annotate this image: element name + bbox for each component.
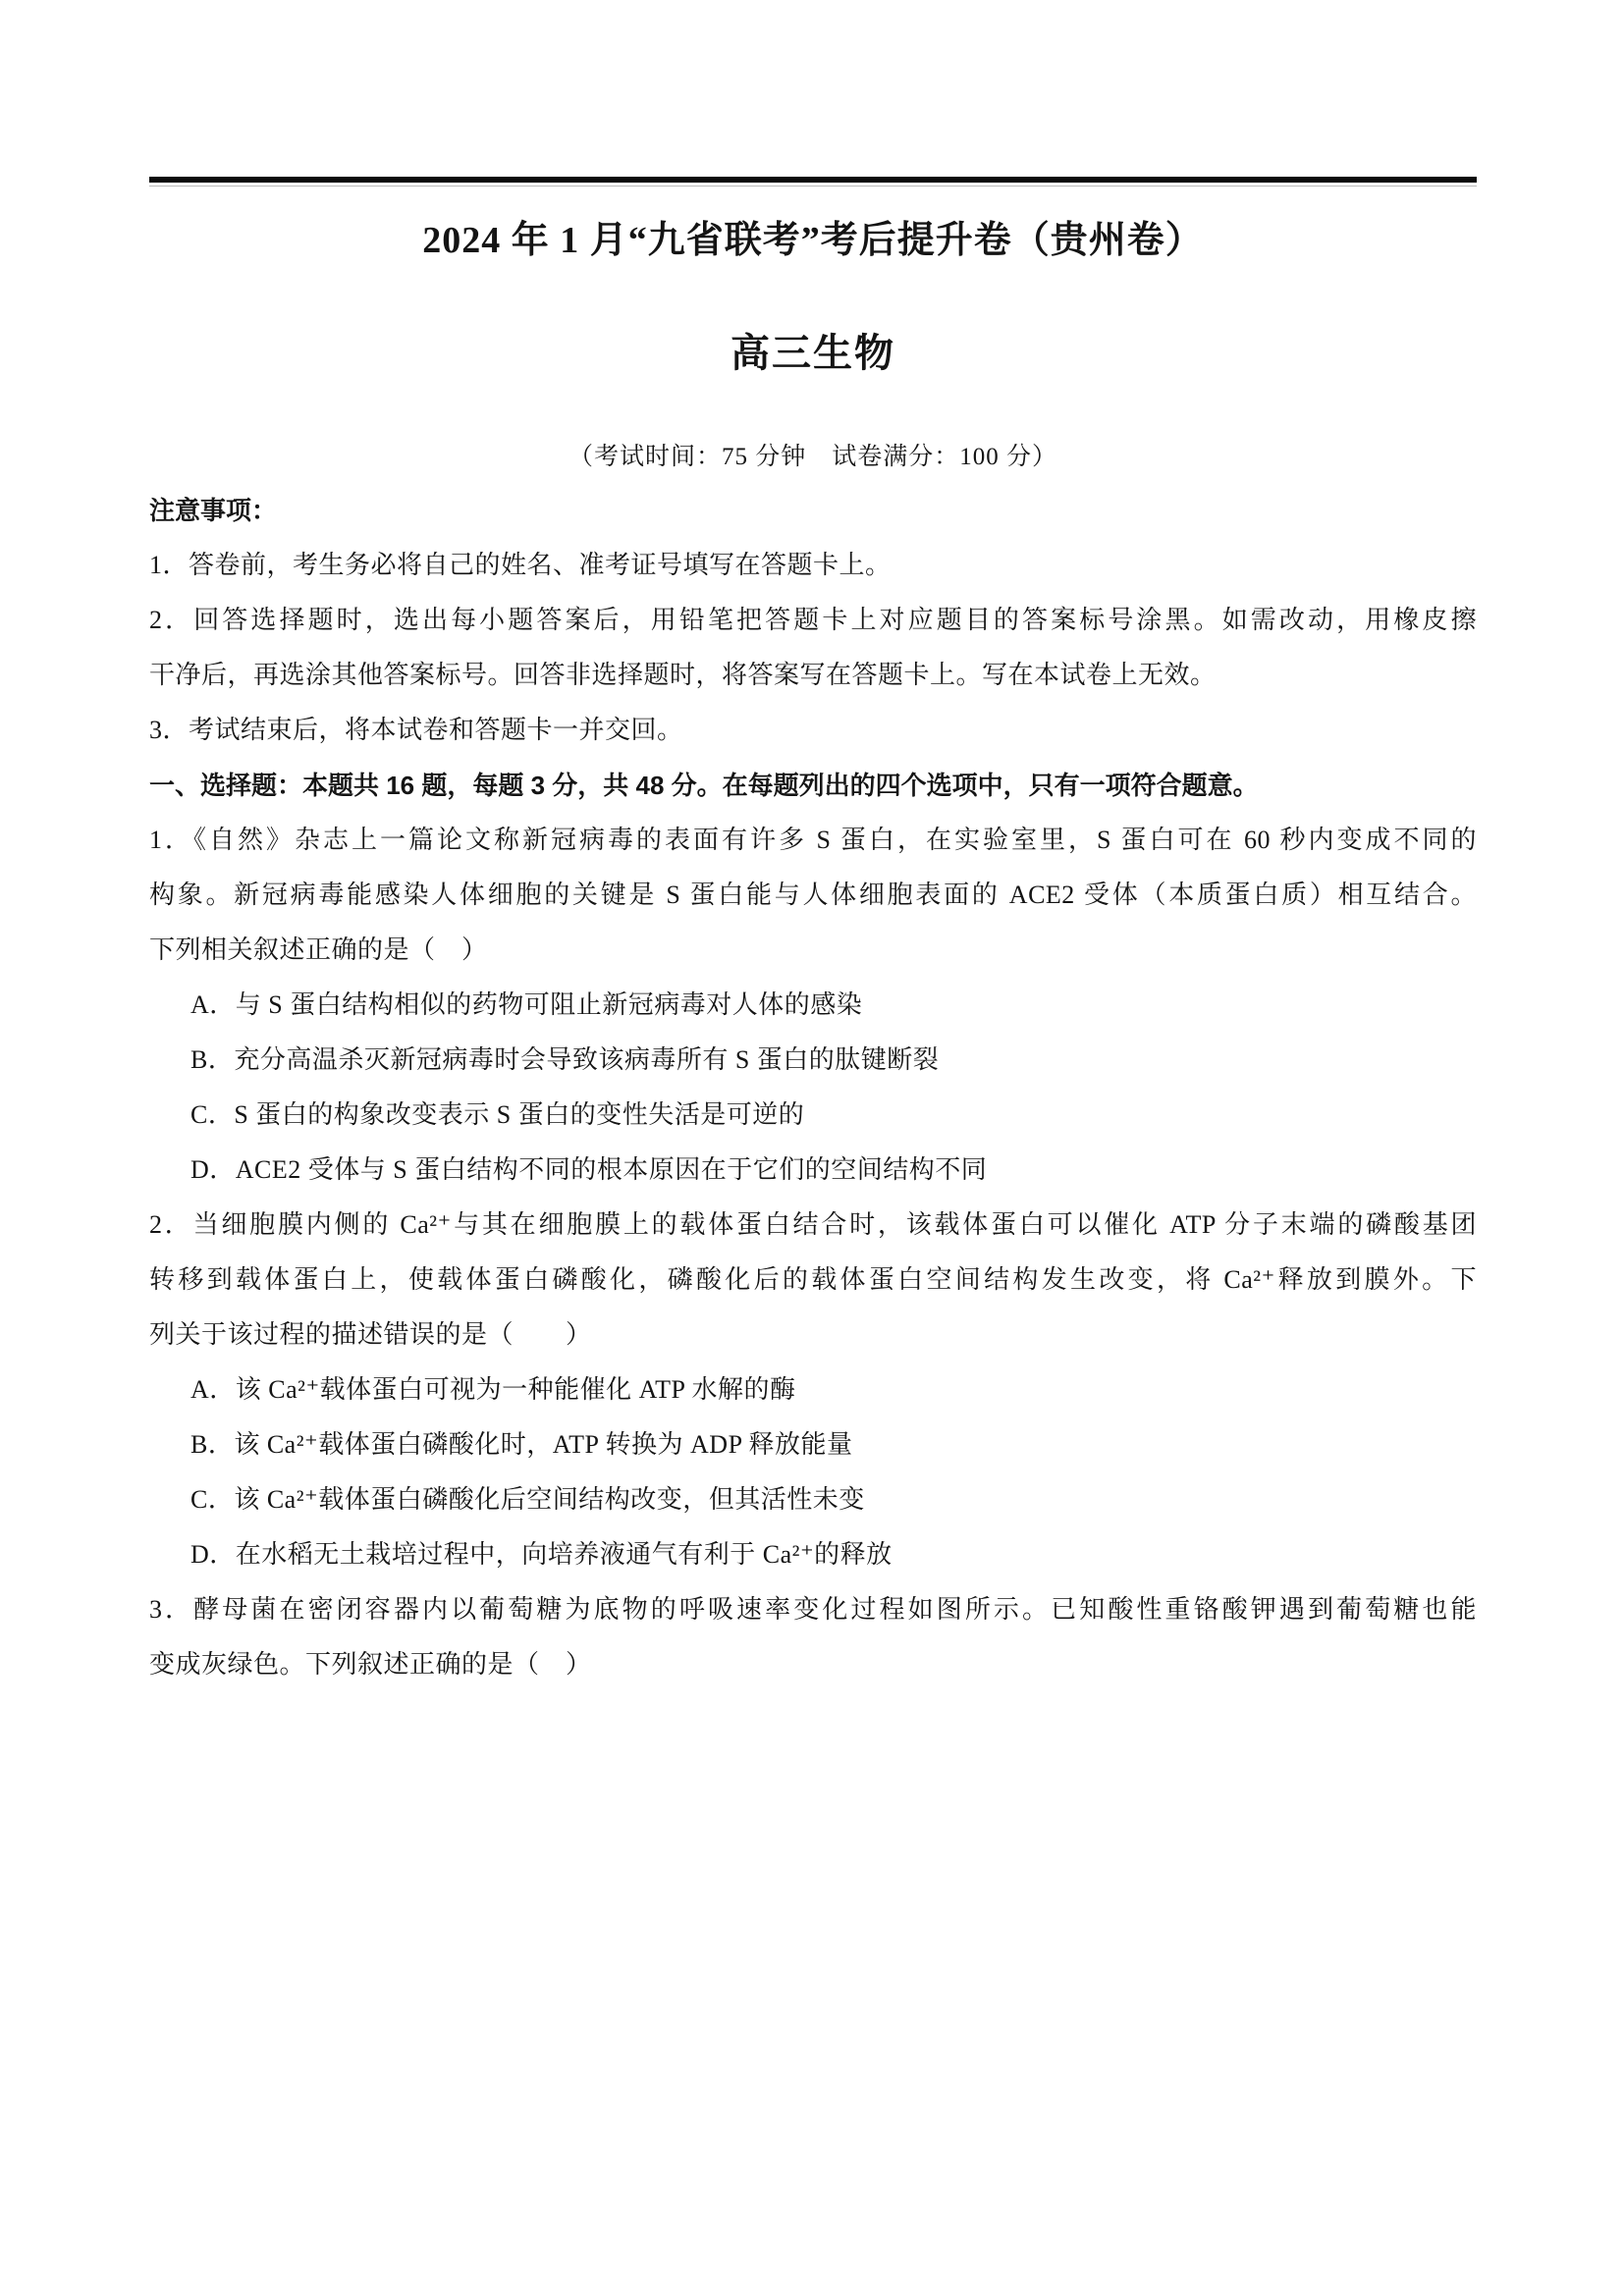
exam-paper-page: 2024 年 1 月“九省联考”考后提升卷（贵州卷） 高三生物 （考试时间：75…: [0, 0, 1624, 2296]
paper-title: 2024 年 1 月“九省联考”考后提升卷（贵州卷）: [149, 222, 1477, 259]
notice-item-2-line-1: 2．回答选择题时，选出每小题答案后，用铅笔把答题卡上对应题目的答案标号涂黑。如需…: [149, 593, 1477, 648]
notice-item-3: 3．考试结束后，将本试卷和答题卡一并交回。: [149, 703, 1477, 758]
question-3: 3．酵母菌在密闭容器内以葡萄糖为底物的呼吸速率变化过程如图所示。已知酸性重铬酸钾…: [149, 1582, 1477, 1692]
paper-subject: 高三生物: [149, 334, 1477, 373]
question-2-line-2: 转移到载体蛋白上，使载体蛋白磷酸化，磷酸化后的载体蛋白空间结构发生改变，将 Ca…: [149, 1253, 1477, 1308]
paper-body: 注意事项： 1．答卷前，考生务必将自己的姓名、准考证号填写在答题卡上。 2．回答…: [149, 483, 1477, 1692]
question-2-option-c: C．该 Ca²⁺载体蛋白磷酸化后空间结构改变，但其活性未变: [149, 1472, 1477, 1527]
question-1-line-3: 下列相关叙述正确的是（ ）: [149, 923, 1477, 978]
exam-info-line: （考试时间：75 分钟 试卷满分：100 分）: [149, 444, 1477, 471]
question-1-option-b: B．充分高温杀灭新冠病毒时会导致该病毒所有 S 蛋白的肽键断裂: [149, 1033, 1477, 1088]
question-3-line-2: 变成灰绿色。下列叙述正确的是（ ）: [149, 1637, 1477, 1692]
question-1-option-d: D．ACE2 受体与 S 蛋白结构不同的根本原因在于它们的空间结构不同: [149, 1143, 1477, 1198]
question-2-option-b: B．该 Ca²⁺载体蛋白磷酸化时，ATP 转换为 ADP 释放能量: [149, 1417, 1477, 1472]
question-1-line-1: 1．《自然》杂志上一篇论文称新冠病毒的表面有许多 S 蛋白，在实验室里，S 蛋白…: [149, 813, 1477, 868]
section-1-header: 一、选择题：本题共 16 题，每题 3 分，共 48 分。在每题列出的四个选项中…: [149, 758, 1477, 813]
question-2: 2．当细胞膜内侧的 Ca²⁺与其在细胞膜上的载体蛋白结合时，该载体蛋白可以催化 …: [149, 1198, 1477, 1582]
notice-header: 注意事项：: [149, 483, 1477, 538]
notice-item-2-line-2: 干净后，再选涂其他答案标号。回答非选择题时，将答案写在答题卡上。写在本试卷上无效…: [149, 648, 1477, 703]
question-1-option-c: C．S 蛋白的构象改变表示 S 蛋白的变性失活是可逆的: [149, 1088, 1477, 1143]
question-2-option-d: D．在水稻无土栽培过程中，向培养液通气有利于 Ca²⁺的释放: [149, 1527, 1477, 1582]
notice-item-1: 1．答卷前，考生务必将自己的姓名、准考证号填写在答题卡上。: [149, 538, 1477, 593]
question-1: 1．《自然》杂志上一篇论文称新冠病毒的表面有许多 S 蛋白，在实验室里，S 蛋白…: [149, 813, 1477, 1198]
question-2-line-3: 列关于该过程的描述错误的是（ ）: [149, 1308, 1477, 1362]
question-1-line-2: 构象。新冠病毒能感染人体细胞的关键是 S 蛋白能与人体细胞表面的 ACE2 受体…: [149, 868, 1477, 923]
question-1-option-a: A．与 S 蛋白结构相似的药物可阻止新冠病毒对人体的感染: [149, 978, 1477, 1033]
question-2-line-1: 2．当细胞膜内侧的 Ca²⁺与其在细胞膜上的载体蛋白结合时，该载体蛋白可以催化 …: [149, 1198, 1477, 1253]
question-3-line-1: 3．酵母菌在密闭容器内以葡萄糖为底物的呼吸速率变化过程如图所示。已知酸性重铬酸钾…: [149, 1582, 1477, 1637]
question-2-option-a: A．该 Ca²⁺载体蛋白可视为一种能催化 ATP 水解的酶: [149, 1362, 1477, 1417]
header-rule: [149, 177, 1477, 187]
